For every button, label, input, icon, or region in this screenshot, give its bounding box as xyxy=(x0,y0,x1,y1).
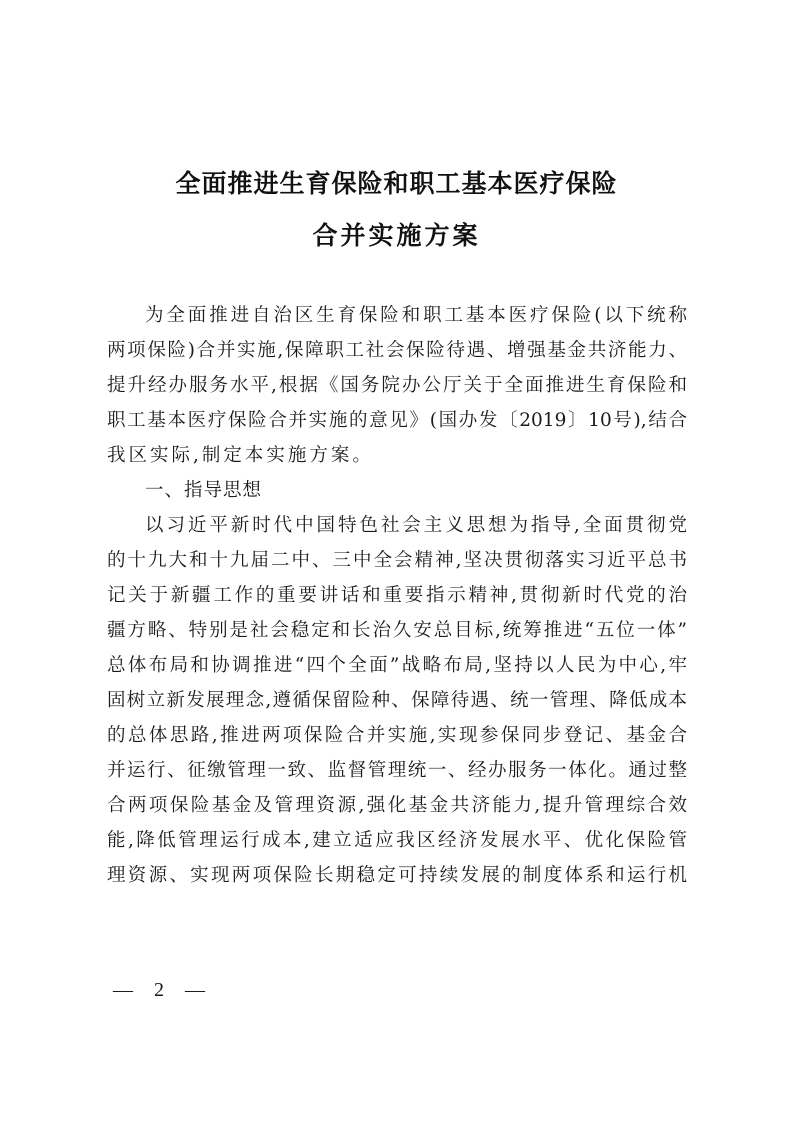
text-line: 我区实际,制定本实施方案。 xyxy=(107,438,687,473)
text-line: 合两项保险基金及管理资源,强化基金共济能力,提升管理综合效 xyxy=(107,788,687,823)
intro-paragraph: 为全面推进自治区生育保险和职工基本医疗保险(以下统称 两项保险)合并实施,保障职… xyxy=(107,298,687,893)
document-page: 全面推进生育保险和职工基本医疗保险 合并实施方案 为全面推进自治区生育保险和职工… xyxy=(0,0,793,1122)
text-line: 理资源、实现两项保险长期稳定可持续发展的制度体系和运行机 xyxy=(107,858,687,893)
text-line: 能,降低管理运行成本,建立适应我区经济发展水平、优化保险管 xyxy=(107,823,687,858)
text-line: 的总体思路,推进两项保险合并实施,实现参保同步登记、基金合 xyxy=(107,718,687,753)
text-line: 提升经办服务水平,根据《国务院办公厅关于全面推进生育保险和 xyxy=(107,368,687,403)
text-line: 两项保险)合并实施,保障职工社会保险待遇、增强基金共济能力、 xyxy=(107,333,687,368)
document-title-line-2: 合并实施方案 xyxy=(0,216,793,252)
text-line: 的十九大和十九届二中、三中全会精神,坚决贯彻落实习近平总书 xyxy=(107,543,687,578)
section-heading: 一、指导思想 xyxy=(107,473,687,508)
text-line: 职工基本医疗保险合并实施的意见》(国办发〔2019〕10号),结合 xyxy=(107,403,687,438)
text-line: 为全面推进自治区生育保险和职工基本医疗保险(以下统称 xyxy=(107,298,687,333)
text-line: 总体布局和协调推进“四个全面”战略布局,坚持以人民为中心,牢 xyxy=(107,648,687,683)
document-title-line-1: 全面推进生育保险和职工基本医疗保险 xyxy=(0,164,793,200)
text-line: 固树立新发展理念,遵循保留险种、保障待遇、统一管理、降低成本 xyxy=(107,683,687,718)
text-line: 疆方略、特别是社会稳定和长治久安总目标,统筹推进“五位一体” xyxy=(107,613,687,648)
text-line: 记关于新疆工作的重要讲话和重要指示精神,贯彻新时代党的治 xyxy=(107,578,687,613)
text-line: 并运行、征缴管理一致、监督管理统一、经办服务一体化。通过整 xyxy=(107,753,687,788)
text-line: 以习近平新时代中国特色社会主义思想为指导,全面贯彻党 xyxy=(107,508,687,543)
page-number: — 2 — xyxy=(113,979,213,1002)
